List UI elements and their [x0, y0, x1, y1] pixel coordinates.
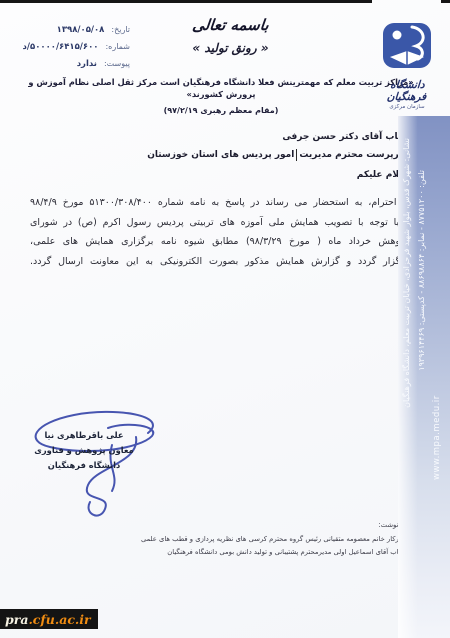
- header-meta: تاریخ: ۱۳۹۸/۰۵/۰۸ شماره: ۵۰۰۰۰/۶۴۱۵/۶۰۰/…: [8, 25, 130, 76]
- org-address: نشانی: شهرک قدس، بلوار شهید فرحزادی، خیا…: [402, 130, 417, 628]
- header-center: باسمه تعالی « رونق تولید »: [118, 16, 343, 55]
- badge-suffix: .cfu.ac.ir: [28, 612, 90, 627]
- body-line-3: پژوهش خرداد ماه ( مورخ ۹۸/۳/۲۹) مطابق شی…: [30, 232, 408, 252]
- signer-org: دانشگاه فرهنگیان: [28, 458, 140, 473]
- scan-edge-corner: [441, 0, 450, 3]
- signature-block: علی باقرطاهری نیا معاون پژوهش و فناوری د…: [28, 428, 140, 473]
- letter-body: با احترام، به استحضار می رساند در پاسخ ب…: [30, 193, 408, 271]
- besmele-calligraphy: باسمه تعالی: [117, 16, 344, 34]
- attachment-label: پیوست:: [104, 59, 130, 68]
- meta-number-row: شماره: ۵۰۰۰۰/۶۴۱۵/۶۰۰/د: [8, 42, 130, 52]
- recipient-role-part2: امور پردیس های استان خوزستان: [147, 150, 294, 160]
- cc-block: رونوشت: سرکار خانم معصومه متقیانی رئیس گ…: [141, 519, 405, 559]
- meta-attachment-row: پیوست: ندارد: [8, 59, 130, 69]
- date-value: ۱۳۹۸/۰۵/۰۸: [57, 25, 105, 35]
- side-strip-text: نشانی: شهرک قدس، بلوار شهید فرحزادی، خیا…: [402, 130, 447, 628]
- recipient-role-line: سرپرست محترم مدیریتامور پردیس های استان …: [147, 146, 408, 164]
- body-line-4: برگزار گردد و گزارش همایش مذکور بصورت ال…: [30, 252, 408, 272]
- recipient-name: جناب آقای دکتر حسن جرفی: [147, 128, 408, 146]
- org-website: www.mpa.medu.ir: [432, 130, 447, 628]
- farhangian-university-logo-icon: [382, 57, 432, 76]
- meta-date-row: تاریخ: ۱۳۹۸/۰۵/۰۸: [8, 25, 130, 35]
- number-value: ۵۰۰۰۰/۶۴۱۵/۶۰۰/د: [23, 42, 99, 52]
- cc-item-2: جناب آقای اسماعیل اولی مدیرمحترم پشتیبان…: [141, 546, 405, 559]
- org-subtitle: سازمان مرکزی: [374, 104, 440, 110]
- year-slogan: « رونق تولید »: [118, 41, 343, 55]
- source-site-badge: pra.cfu.ac.ir: [0, 609, 98, 629]
- university-logo-block: دانشگاه فرهنگیان سازمان مرکزی: [374, 22, 440, 110]
- scan-edge-bar: [0, 0, 372, 3]
- signer-name: علی باقرطاهری نیا: [28, 428, 140, 443]
- cc-label: رونوشت:: [141, 519, 405, 532]
- org-name-calligraphy: دانشگاه فرهنگیان: [373, 79, 441, 103]
- letter-page: تاریخ: ۱۳۹۸/۰۵/۰۸ شماره: ۵۰۰۰۰/۶۴۱۵/۶۰۰/…: [0, 0, 450, 638]
- recipient-block: جناب آقای دکتر حسن جرفی سرپرست محترم مدی…: [147, 128, 408, 164]
- body-line-1: با احترام، به استحضار می رساند در پاسخ ب…: [30, 193, 408, 213]
- badge-prefix: pra: [5, 612, 28, 627]
- leader-quote: «مراکز تربیت معلم که مهمترینش فعلا دانشگ…: [25, 76, 417, 100]
- field-divider-bar: [296, 149, 297, 161]
- org-contact: تلفن: ۸۷۷۵۱۲۰۰ - نمابر: ۸۸۶۹۸۸۶۴ - کدپست…: [417, 130, 432, 628]
- leader-quote-block: «مراکز تربیت معلم که مهمترینش فعلا دانشگ…: [25, 76, 417, 117]
- cc-item-1: سرکار خانم معصومه متقیانی رئیس گروه محتر…: [141, 533, 405, 546]
- recipient-role-part1: سرپرست محترم مدیریت: [299, 150, 408, 160]
- body-line-2: . با توجه با تصویب همایش ملی آموزه های ت…: [30, 213, 408, 233]
- leader-quote-source: (مقام معظم رهبری ۹۷/۲/۱۹): [25, 105, 417, 117]
- attachment-value: ندارد: [77, 59, 97, 69]
- signer-title: معاون پژوهش و فناوری: [28, 443, 140, 458]
